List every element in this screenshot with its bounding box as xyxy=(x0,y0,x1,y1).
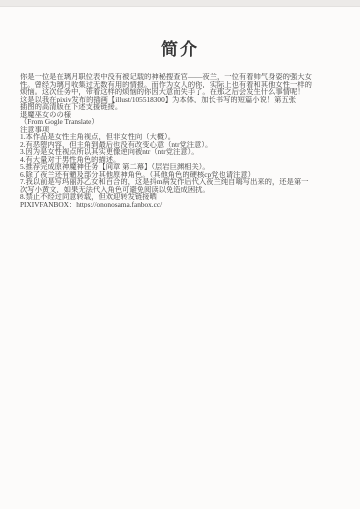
note-item-5: 5.推荐完成原神魔神任务【间章 第二幕】（层岩巨渊相关）。 xyxy=(20,163,340,171)
body-text: 你是一位是在璃月职位表中没有被记载的神秘搜查官——夜兰，一位有着帅气身姿的强大女… xyxy=(0,70,360,208)
note-item-6: 6.除了夜兰还有魈及部分其他原神角色。（其他角色的硬核cp党也请注意） xyxy=(20,171,340,179)
document-page: 简介 你是一位是在璃月职位表中没有被记载的神秘搜查官——夜兰，一位有着帅气身姿的… xyxy=(0,0,360,509)
note-item-4: 4.有大量对于男性角色的描述。 xyxy=(20,156,340,164)
notes-heading: 注意事项 xyxy=(20,126,340,134)
page-title: 简介 xyxy=(0,35,360,60)
note-item-7: 7.我以前是写玛丽苏乙女和百合的，这是抖m病发作后代入夜兰纯自嗨写出来的，还是第… xyxy=(20,178,340,186)
intro-line: 烦恼。这次任务中，带着这样的烦恼的你因大意而失手了。在那之后会发生什么事情呢！ xyxy=(20,88,340,96)
fanbox-url-line[interactable]: PIXIVFANBOX：https://ononosama.fanbox.cc/ xyxy=(20,201,340,209)
intro-line: 你是一位是在璃月职位表中没有被记载的神秘搜查官——夜兰，一位有着帅气身姿的强大女 xyxy=(20,73,340,81)
illust-reference-line: 插图的高清版在下述支援链接。 xyxy=(20,103,340,111)
illust-reference-line: 这是以我在pixiv发布的插画【illust/105518300】为本体，加长书… xyxy=(20,96,340,104)
note-item-3: 3.因为是女性视点所以其实更像逆向被ntr（ntr党注意）。 xyxy=(20,148,340,156)
note-item-1: 1.本作品是女性主角视点，但非女性向（大概）。 xyxy=(20,133,340,141)
page-top-edge xyxy=(0,0,360,7)
note-item-7-cont: 次写小黄文，如果无法代入角色可避免阅读以免造成困扰。 xyxy=(20,186,340,194)
intro-line: 性。曾经为璃月收集过无数有用的情报。而作为女人的你，实际上也有着和其他女性一样的 xyxy=(20,81,340,89)
note-item-8: 8.禁止不经过同意转载，但欢迎转发链接晒 xyxy=(20,193,340,201)
translate-credit-line: （From Gogle Translate） xyxy=(20,118,340,126)
note-item-2: 2.有恶堕内容，但主角到最后也没有改变心意（ntr党注意）。 xyxy=(20,141,340,149)
author-name-line: 退魔巫女のの様 xyxy=(20,111,340,119)
